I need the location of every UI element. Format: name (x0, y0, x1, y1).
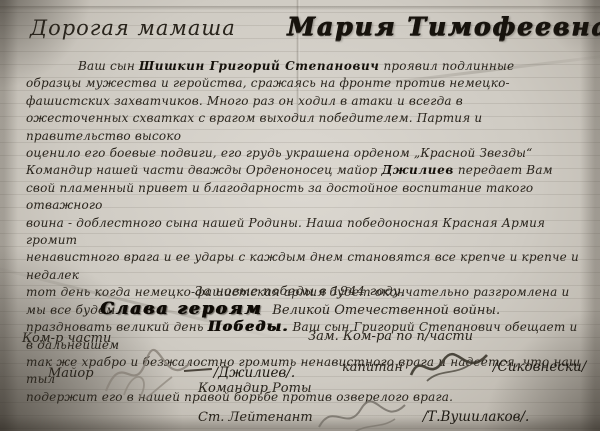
signature-name: /Сиковнески/ (493, 359, 586, 376)
signature-role: Зам. Ком-ра по п/части (308, 328, 586, 345)
salutation-prefix: Дорогая мамаша (30, 16, 236, 40)
salutation-line: Дорогая мамаша Мария Тимофеевна! (30, 12, 584, 41)
salutation-name: Мария Тимофеевна! (287, 12, 600, 41)
paper-crease-top (0, 6, 600, 10)
signature-rank: Ст. Лейтенант (198, 409, 313, 426)
body-line: Командир нашей части дважды Орденоносец … (26, 162, 588, 179)
body-line: ожесточенных схватках с врагом выходил п… (26, 110, 588, 145)
body-line: Ваш сын Шишкин Григорий Степанович прояв… (26, 58, 588, 75)
body-line: оценило его боевые подвиги, его грудь ук… (26, 145, 588, 162)
signature-name: /Т.Вушилаков/. (423, 409, 530, 426)
body-line: свой пламенный привет и благодарность за… (26, 180, 588, 215)
body-text-run: передает Вам (454, 163, 553, 177)
son-name-emphasis: Шишкин Григорий Степанович (139, 59, 380, 73)
signature-scribble-pencil (313, 397, 423, 431)
signature-rank: Майор (22, 365, 94, 382)
signature-role: Ком-р части (22, 330, 295, 347)
letter-scan-page: Дорогая мамаша Мария Тимофеевна! Ваш сын… (0, 0, 600, 431)
slava-emphasis: Слава героям (100, 299, 262, 319)
signature-block-company-commander: Командир Роты Ст. Лейтенант /Т.Вушилаков… (198, 380, 529, 431)
body-line: фашистских захватчиков. Много раз он ход… (26, 93, 588, 110)
closing-line-date: За новые победы в 1944 году, (0, 283, 600, 298)
closing-text-run: Великой Отечественной войны. (272, 303, 500, 318)
body-line: ненавистного врага и ее удары с каждым д… (26, 249, 588, 284)
body-line: образцы мужества и геройства, сражаясь н… (26, 75, 588, 92)
body-text-run: Командир нашей части дважды Орденоносец … (26, 163, 382, 177)
body-text-run: Ваш сын (78, 59, 139, 73)
commander-name-emphasis: Джилиев (382, 163, 454, 177)
body-line: воина - доблестного сына нашей Родины. Н… (26, 215, 588, 250)
signature-scribble-pencil (94, 347, 214, 399)
signature-rank: капитан (308, 359, 403, 376)
signature-role: Командир Роты (198, 380, 529, 397)
closing-line-slava: Слава героямВеликой Отечественной войны. (0, 299, 600, 319)
signature-name: /Джилиев/. (214, 365, 296, 382)
body-text-run: проявил подлинные (379, 59, 514, 73)
